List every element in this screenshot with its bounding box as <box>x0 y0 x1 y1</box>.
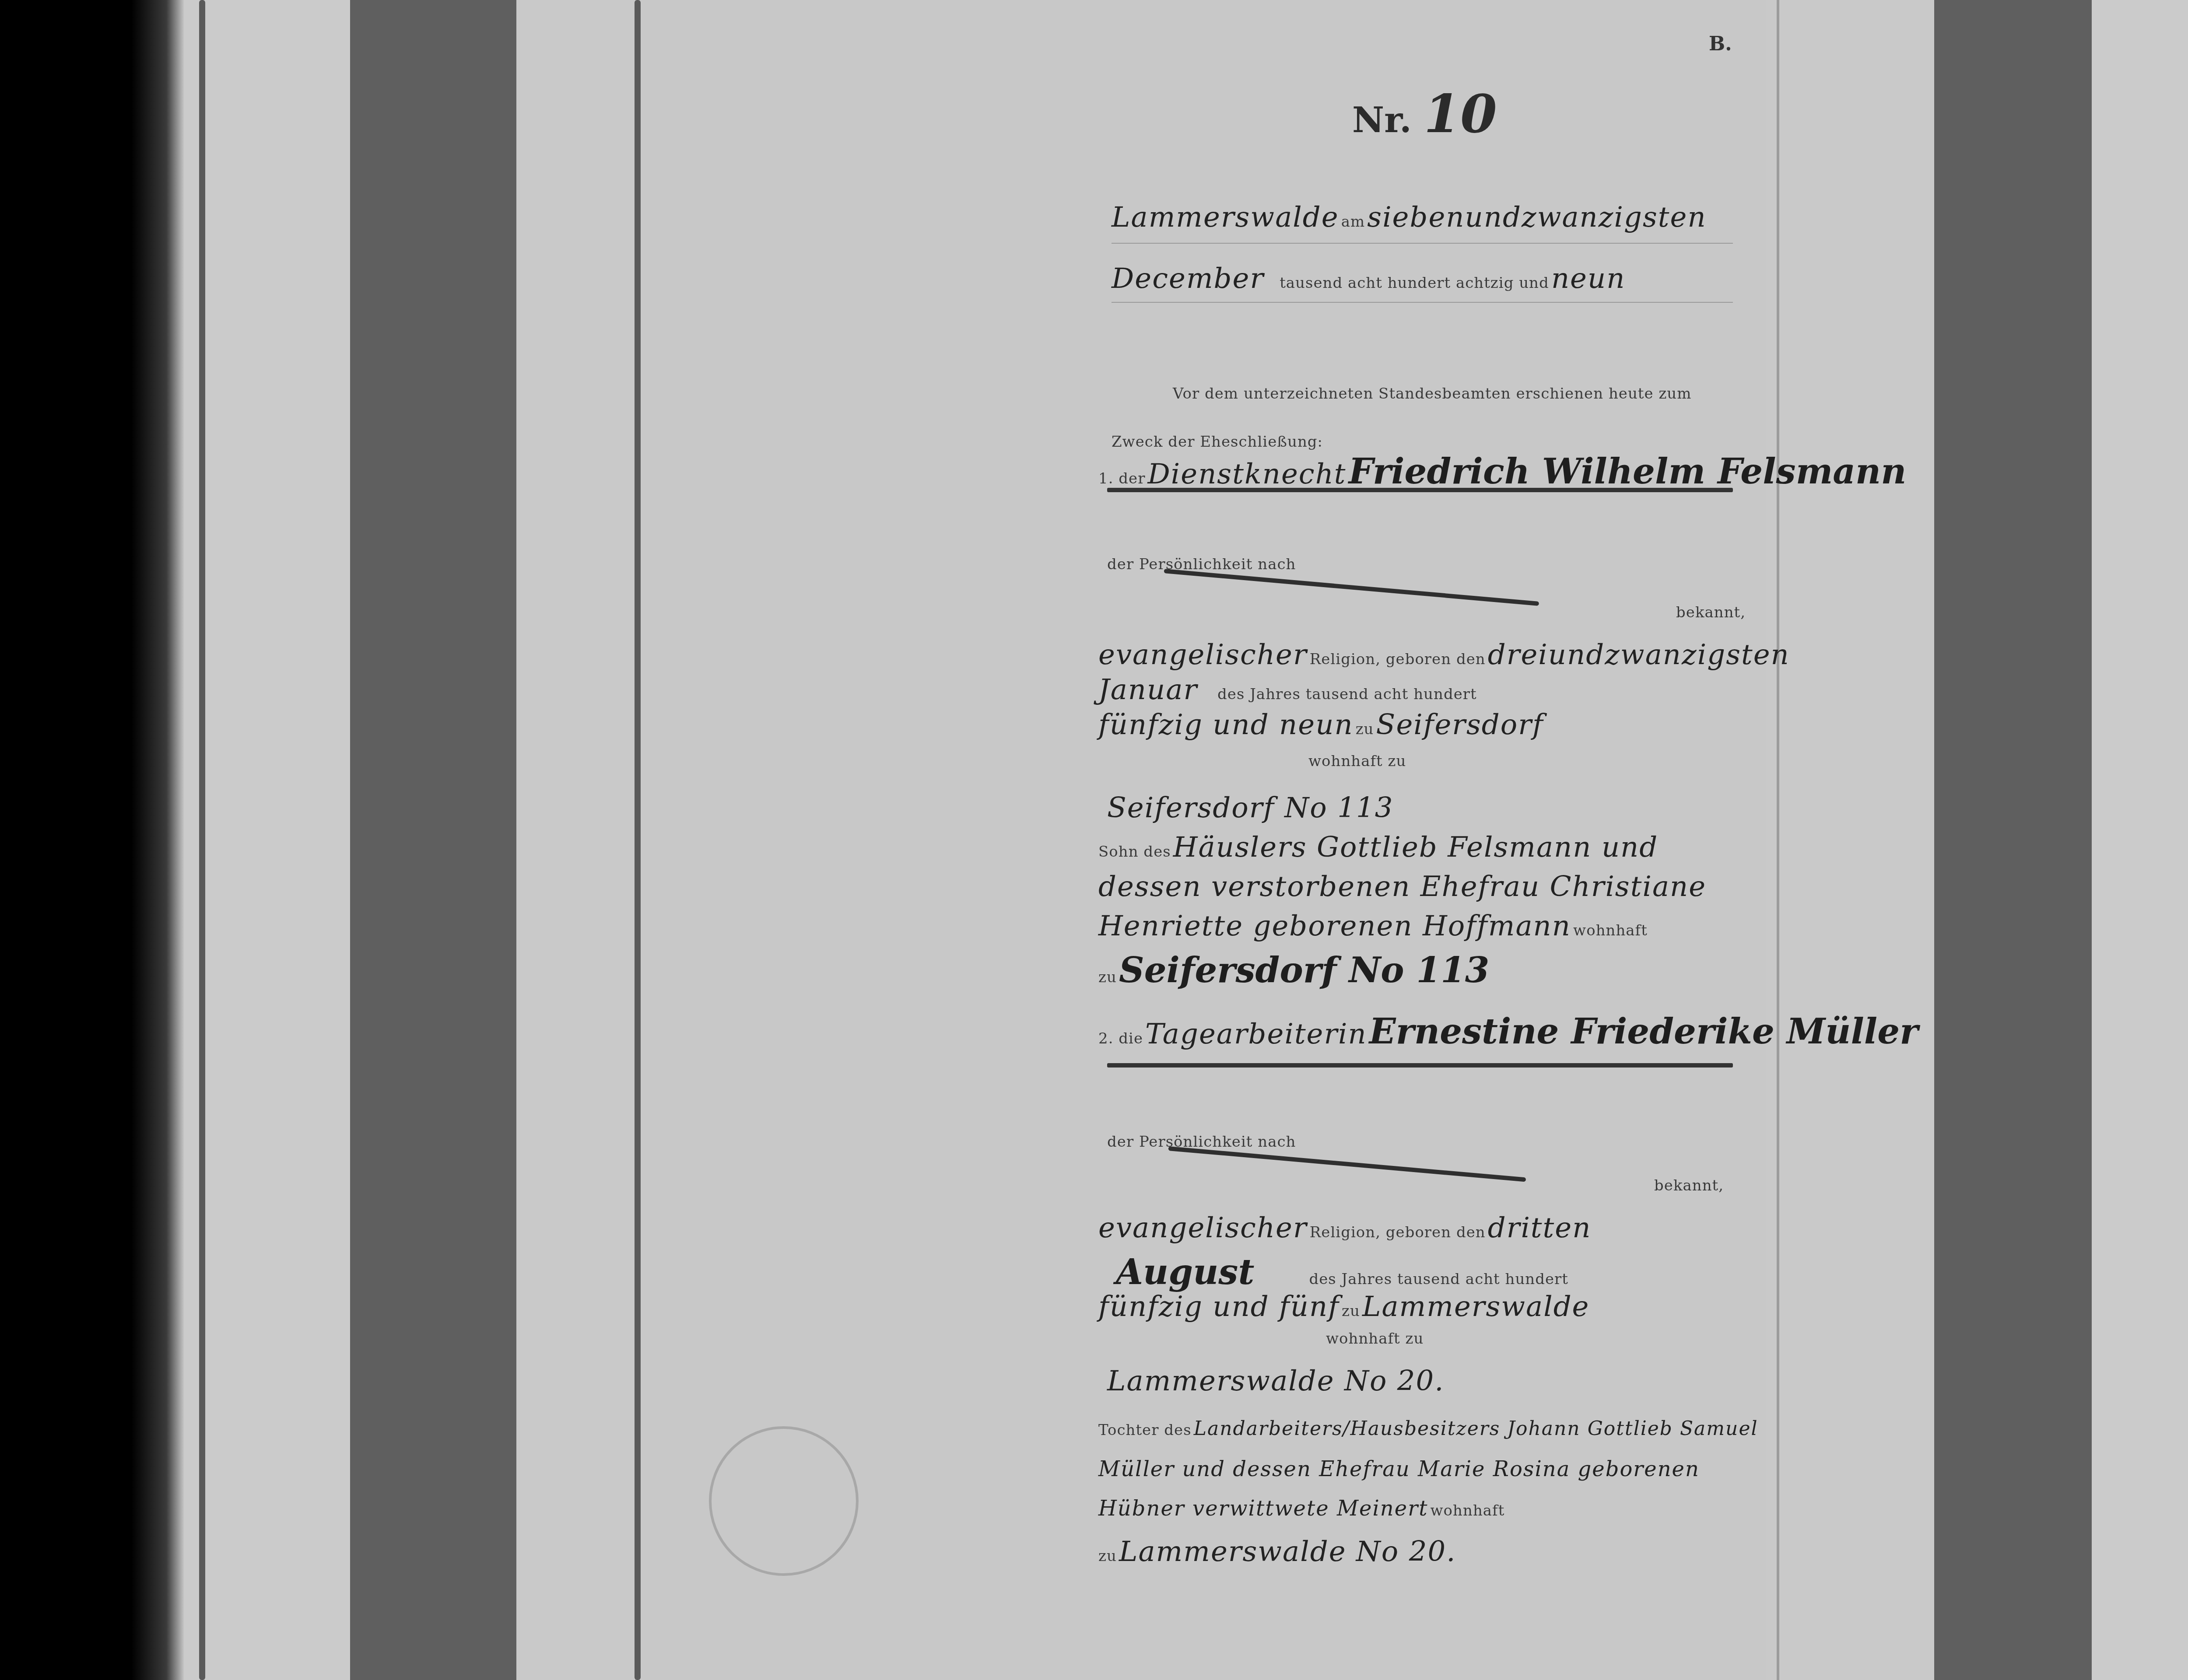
groom-mother-line2: Henriette geborenen Hoffmann <box>1098 910 1571 942</box>
bride-identity-label: der Persönlichkeit nach <box>1107 1133 1296 1151</box>
year-label: des Jahres tausend acht hundert <box>1217 686 1477 703</box>
groom-identity-label: der Persönlichkeit nach <box>1107 556 1296 573</box>
groom-parents-residence: Seifersdorf No 113 <box>1119 949 1490 990</box>
bride-birth-year: fünfzig und fünf <box>1098 1291 1339 1323</box>
preamble: Vor dem unterzeichneten Standesbeamten e… <box>1173 385 1691 402</box>
groom-birth-year: fünfzig und neun <box>1098 709 1353 741</box>
marriage-form: Lammerswalde am siebenundzwanzigsten Dec… <box>1098 0 1781 1680</box>
zu-label: zu <box>1342 1302 1360 1320</box>
rule <box>1112 302 1733 303</box>
bride-occupation: Tagearbeiterin <box>1145 1018 1367 1050</box>
groom-occupation: Dienstknecht <box>1147 458 1346 490</box>
parents-residence-label: wohnhaft <box>1431 1502 1505 1519</box>
religion-label: Religion, geboren den <box>1310 651 1486 668</box>
am-label: am <box>1341 213 1365 231</box>
parents-residence-zu: zu <box>1098 1547 1117 1565</box>
parents-residence-label: wohnhaft <box>1573 922 1648 939</box>
section-divider <box>1107 1063 1733 1067</box>
rule <box>1112 243 1733 244</box>
groom-residence: Seifersdorf No 113 <box>1107 792 1393 824</box>
faded-stamp <box>709 1426 859 1576</box>
month: December <box>1112 262 1264 295</box>
groom-identity-value: bekannt, <box>1676 604 1746 621</box>
section-divider <box>1107 488 1733 492</box>
microfilm-frame: B. Nr. 10 Lammerswalde am siebenundzwanz… <box>0 0 2188 1680</box>
zu-label: zu <box>1356 721 1374 738</box>
bride-parents-label: Tochter des <box>1098 1421 1192 1439</box>
year-print: tausend acht hundert achtzig und <box>1280 274 1549 292</box>
film-edge-left <box>0 0 184 1680</box>
groom-name: Friedrich Wilhelm Felsmann <box>1349 451 1907 492</box>
bride-birth-day: dritten <box>1488 1212 1592 1244</box>
bride-parents-residence: Lammerswalde No 20. <box>1119 1536 1456 1568</box>
religion-label: Religion, geboren den <box>1310 1224 1486 1241</box>
page-edge-line <box>199 0 205 1680</box>
bride-index: 2. die <box>1098 1030 1143 1047</box>
page-strip-right <box>2092 0 2188 1680</box>
groom-parents-label: Sohn des <box>1098 843 1171 861</box>
place: Lammerswalde <box>1112 201 1339 234</box>
groom-birth-month: Januar <box>1098 674 1198 706</box>
binding-band-right <box>1934 0 2092 1680</box>
binding-band-left <box>350 0 516 1680</box>
page-edge-line <box>635 0 641 1680</box>
bride-birth-month: August <box>1116 1251 1254 1292</box>
day: siebenundzwanzigsten <box>1367 201 1706 234</box>
strike-line <box>1168 1146 1526 1182</box>
bride-religion: evangelischer <box>1098 1212 1308 1244</box>
parents-residence-zu: zu <box>1098 969 1117 986</box>
bride-identity-value: bekannt, <box>1654 1177 1724 1194</box>
bride-residence: Lammerswalde No 20. <box>1107 1365 1445 1397</box>
residence-label: wohnhaft zu <box>1326 1330 1424 1347</box>
residence-label: wohnhaft zu <box>1308 752 1406 770</box>
groom-father: Häuslers Gottlieb Felsmann und <box>1173 831 1659 864</box>
year-label: des Jahres tausend acht hundert <box>1309 1270 1568 1288</box>
groom-religion: evangelischer <box>1098 639 1308 671</box>
groom-mother-line1: dessen verstorbenen Ehefrau Christiane <box>1098 871 1706 903</box>
bride-birth-place: Lammerswalde <box>1362 1291 1590 1323</box>
strike-line <box>1164 569 1539 606</box>
year-hand: neun <box>1551 262 1626 295</box>
groom-birth-place: Seifersdorf <box>1376 709 1544 741</box>
purpose: Zweck der Eheschließung: <box>1112 433 1323 451</box>
bride-father-line1: Landarbeiters/Hausbesitzers Johann Gottl… <box>1194 1417 1758 1440</box>
bride-mother-line3: Hübner verwittwete Meinert <box>1098 1496 1428 1521</box>
groom-birth-day: dreiundzwanzigsten <box>1488 639 1790 671</box>
groom-index: 1. der <box>1098 470 1145 487</box>
bride-father-line2: Müller und dessen Ehefrau Marie Rosina g… <box>1098 1457 1700 1481</box>
bride-name: Ernestine Friederike Müller <box>1369 1011 1918 1052</box>
